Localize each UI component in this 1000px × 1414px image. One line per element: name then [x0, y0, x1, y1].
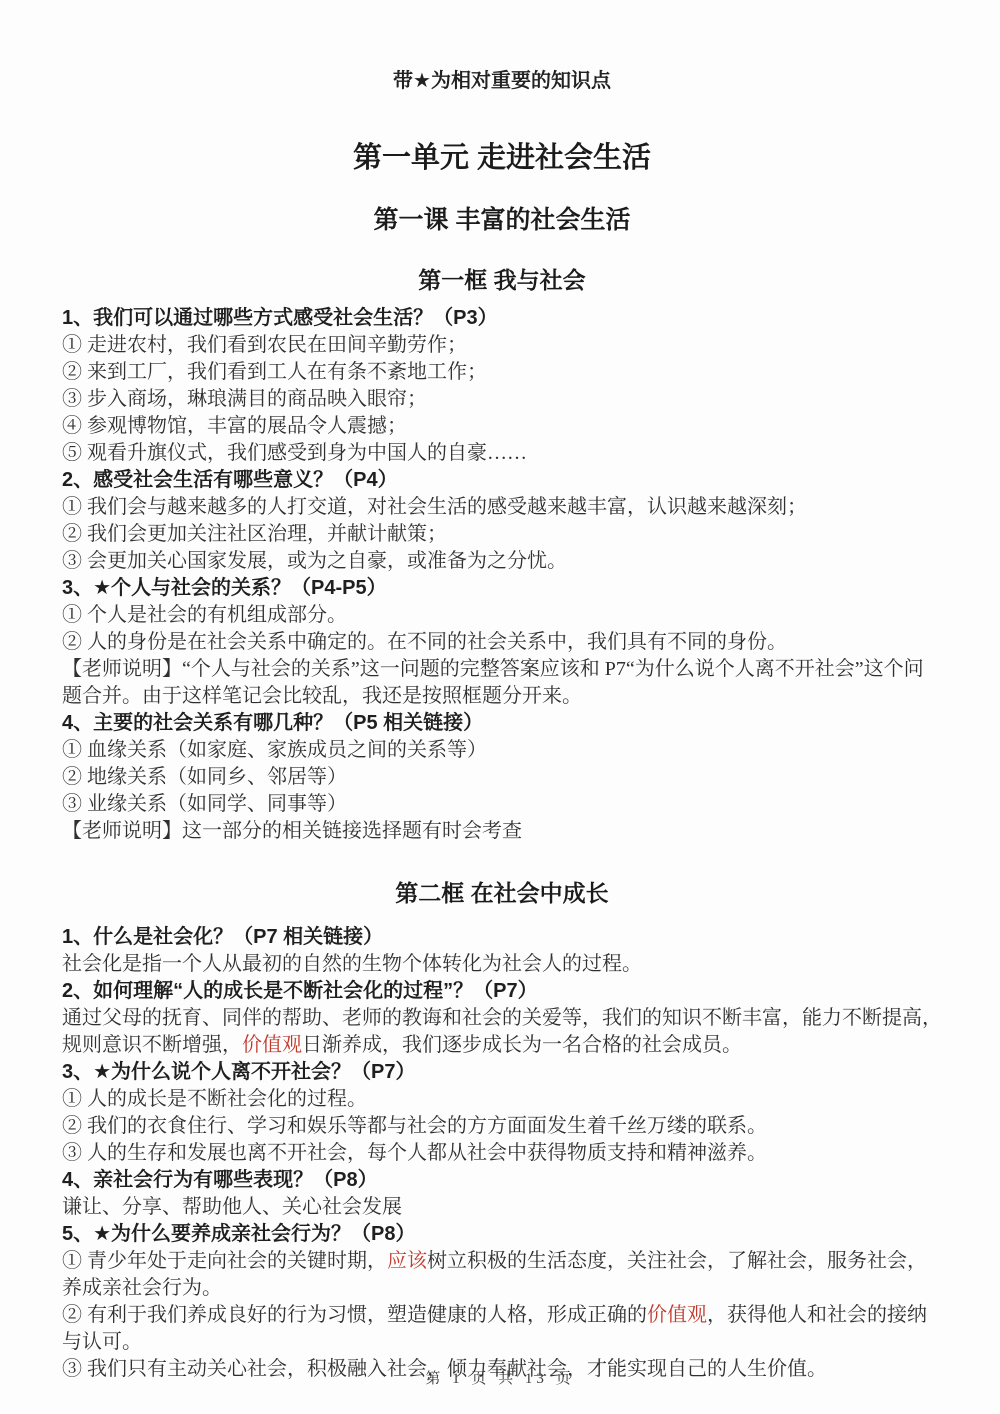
- highlighted-term: 应该: [387, 1250, 427, 1272]
- question-line: 3、★为什么说个人离不开社会？（P7）: [62, 1059, 942, 1086]
- page-footer: 第 1 页 共 13 页: [0, 1367, 1000, 1388]
- question-line: 3、★个人与社会的关系？（P4-P5）: [62, 575, 942, 602]
- highlighted-term: 价值观: [242, 1034, 302, 1056]
- answer-line: 谦让、分享、帮助他人、关心社会发展: [62, 1194, 942, 1221]
- text-segment: ③ 业缘关系（如同学、同事等）: [62, 793, 347, 815]
- answer-line: ① 个人是社会的有机组成部分。: [62, 602, 942, 629]
- teacher-note-line: 【老师说明】这一部分的相关链接选择题有时会考查: [62, 818, 942, 845]
- text-segment: 1、什么是社会化？（P7 相关链接）: [62, 926, 383, 948]
- question-line: 2、感受社会生活有哪些意义？（P4）: [62, 467, 942, 494]
- answer-line: ① 青少年处于走向社会的关键时期，应该树立积极的生活态度，关注社会，了解社会，服…: [62, 1248, 942, 1302]
- text-segment: ① 个人是社会的有机组成部分。: [62, 604, 347, 626]
- answer-line: ② 我们会更加关注社区治理，并献计献策；: [62, 521, 942, 548]
- answer-line: ② 人的身份是在社会关系中确定的。在不同的社会关系中，我们具有不同的身份。: [62, 629, 942, 656]
- section2-body: 1、什么是社会化？（P7 相关链接） 社会化是指一个人从最初的自然的生物个体转化…: [62, 924, 942, 1383]
- text-segment: 【老师说明】“个人与社会的关系”这一问题的完整答案应该和 P7“为什么说个人离不…: [62, 658, 924, 707]
- text-segment: 谦让、分享、帮助他人、关心社会发展: [62, 1196, 402, 1218]
- section1-heading: 第一框 我与社会: [62, 262, 942, 295]
- answer-line: ③ 业缘关系（如同学、同事等）: [62, 791, 942, 818]
- text-segment: ② 地缘关系（如同乡、邻居等）: [62, 766, 347, 788]
- text-segment: 2、感受社会生活有哪些意义？（P4）: [62, 469, 398, 491]
- answer-line: ② 有利于我们养成良好的行为习惯，塑造健康的人格，形成正确的价值观，获得他人和社…: [62, 1302, 942, 1356]
- answer-line: ② 来到工厂，我们看到工人在有条不紊地工作；: [62, 359, 942, 386]
- text-segment: ① 走进农村，我们看到农民在田间辛勤劳作；: [62, 334, 467, 356]
- text-segment: ③ 会更加关心国家发展，或为之自豪，或准备为之分忧。: [62, 550, 567, 572]
- teacher-note-line: 【老师说明】“个人与社会的关系”这一问题的完整答案应该和 P7“为什么说个人离不…: [62, 656, 942, 710]
- text-segment: ② 有利于我们养成良好的行为习惯，塑造健康的人格，形成正确的: [62, 1304, 647, 1326]
- text-segment: 4、亲社会行为有哪些表现？（P8）: [62, 1169, 378, 1191]
- text-segment: ② 我们会更加关注社区治理，并献计献策；: [62, 523, 447, 545]
- text-segment: 2、如何理解“人的成长是不断社会化的过程”？（P7）: [62, 980, 538, 1002]
- text-segment: 4、主要的社会关系有哪几种？（P5 相关链接）: [62, 712, 483, 734]
- text-segment: ② 我们的衣食住行、学习和娱乐等都与社会的方方面面发生着千丝万缕的联系。: [62, 1115, 767, 1137]
- text-segment: ④ 参观博物馆，丰富的展品令人震撼；: [62, 415, 407, 437]
- text-segment: 1、我们可以通过哪些方式感受社会生活？（P3）: [62, 307, 498, 329]
- section2-heading: 第二框 在社会中成长: [62, 875, 942, 908]
- question-line: 2、如何理解“人的成长是不断社会化的过程”？（P7）: [62, 978, 942, 1005]
- answer-line: ③ 步入商场，琳琅满目的商品映入眼帘；: [62, 386, 942, 413]
- question-line: 4、亲社会行为有哪些表现？（P8）: [62, 1167, 942, 1194]
- text-segment: 社会化是指一个人从最初的自然的生物个体转化为社会人的过程。: [62, 953, 642, 975]
- answer-line: ① 我们会与越来越多的人打交道，对社会生活的感受越来越丰富，认识越来越深刻；: [62, 494, 942, 521]
- answer-line: ① 人的成长是不断社会化的过程。: [62, 1086, 942, 1113]
- text-segment: ③ 人的生存和发展也离不开社会，每个人都从社会中获得物质支持和精神滋养。: [62, 1142, 767, 1164]
- lesson-title: 第一课 丰富的社会生活: [62, 200, 942, 236]
- answer-line: ① 血缘关系（如家庭、家族成员之间的关系等）: [62, 737, 942, 764]
- text-segment: 5、★为什么要养成亲社会行为？（P8）: [62, 1223, 416, 1245]
- text-segment: ① 我们会与越来越多的人打交道，对社会生活的感受越来越丰富，认识越来越深刻；: [62, 496, 807, 518]
- answer-line: ② 我们的衣食住行、学习和娱乐等都与社会的方方面面发生着千丝万缕的联系。: [62, 1113, 942, 1140]
- text-segment: 日渐养成，我们逐步成长为一名合格的社会成员。: [302, 1034, 742, 1056]
- question-line: 1、什么是社会化？（P7 相关链接）: [62, 924, 942, 951]
- section1-body: 1、我们可以通过哪些方式感受社会生活？（P3） ① 走进农村，我们看到农民在田间…: [62, 305, 942, 845]
- answer-line: ④ 参观博物馆，丰富的展品令人震撼；: [62, 413, 942, 440]
- answer-line: ③ 会更加关心国家发展，或为之自豪，或准备为之分忧。: [62, 548, 942, 575]
- highlighted-term: 价值观: [647, 1304, 707, 1326]
- answer-line: ① 走进农村，我们看到农民在田间辛勤劳作；: [62, 332, 942, 359]
- question-line: 5、★为什么要养成亲社会行为？（P8）: [62, 1221, 942, 1248]
- text-segment: ③ 步入商场，琳琅满目的商品映入眼帘；: [62, 388, 427, 410]
- text-segment: 【老师说明】这一部分的相关链接选择题有时会考查: [62, 820, 522, 842]
- text-segment: ② 人的身份是在社会关系中确定的。在不同的社会关系中，我们具有不同的身份。: [62, 631, 787, 653]
- answer-line: 通过父母的抚育、同伴的帮助、老师的教诲和社会的关爱等，我们的知识不断丰富，能力不…: [62, 1005, 942, 1059]
- answer-line: ⑤ 观看升旗仪式，我们感受到身为中国人的自豪……: [62, 440, 942, 467]
- text-segment: ⑤ 观看升旗仪式，我们感受到身为中国人的自豪……: [62, 442, 527, 464]
- page-note: 带★为相对重要的知识点: [62, 64, 942, 93]
- answer-line: ③ 人的生存和发展也离不开社会，每个人都从社会中获得物质支持和精神滋养。: [62, 1140, 942, 1167]
- text-segment: ② 来到工厂，我们看到工人在有条不紊地工作；: [62, 361, 487, 383]
- question-line: 1、我们可以通过哪些方式感受社会生活？（P3）: [62, 305, 942, 332]
- answer-line: ② 地缘关系（如同乡、邻居等）: [62, 764, 942, 791]
- text-segment: 3、★为什么说个人离不开社会？（P7）: [62, 1061, 416, 1083]
- answer-line: 社会化是指一个人从最初的自然的生物个体转化为社会人的过程。: [62, 951, 942, 978]
- text-segment: 3、★个人与社会的关系？（P4-P5）: [62, 577, 387, 599]
- question-line: 4、主要的社会关系有哪几种？（P5 相关链接）: [62, 710, 942, 737]
- unit-title: 第一单元 走进社会生活: [62, 135, 942, 176]
- text-segment: ① 血缘关系（如家庭、家族成员之间的关系等）: [62, 739, 487, 761]
- text-segment: ① 青少年处于走向社会的关键时期，: [62, 1250, 387, 1272]
- text-segment: ① 人的成长是不断社会化的过程。: [62, 1088, 367, 1110]
- document-page: 带★为相对重要的知识点 第一单元 走进社会生活 第一课 丰富的社会生活 第一框 …: [0, 0, 1000, 1414]
